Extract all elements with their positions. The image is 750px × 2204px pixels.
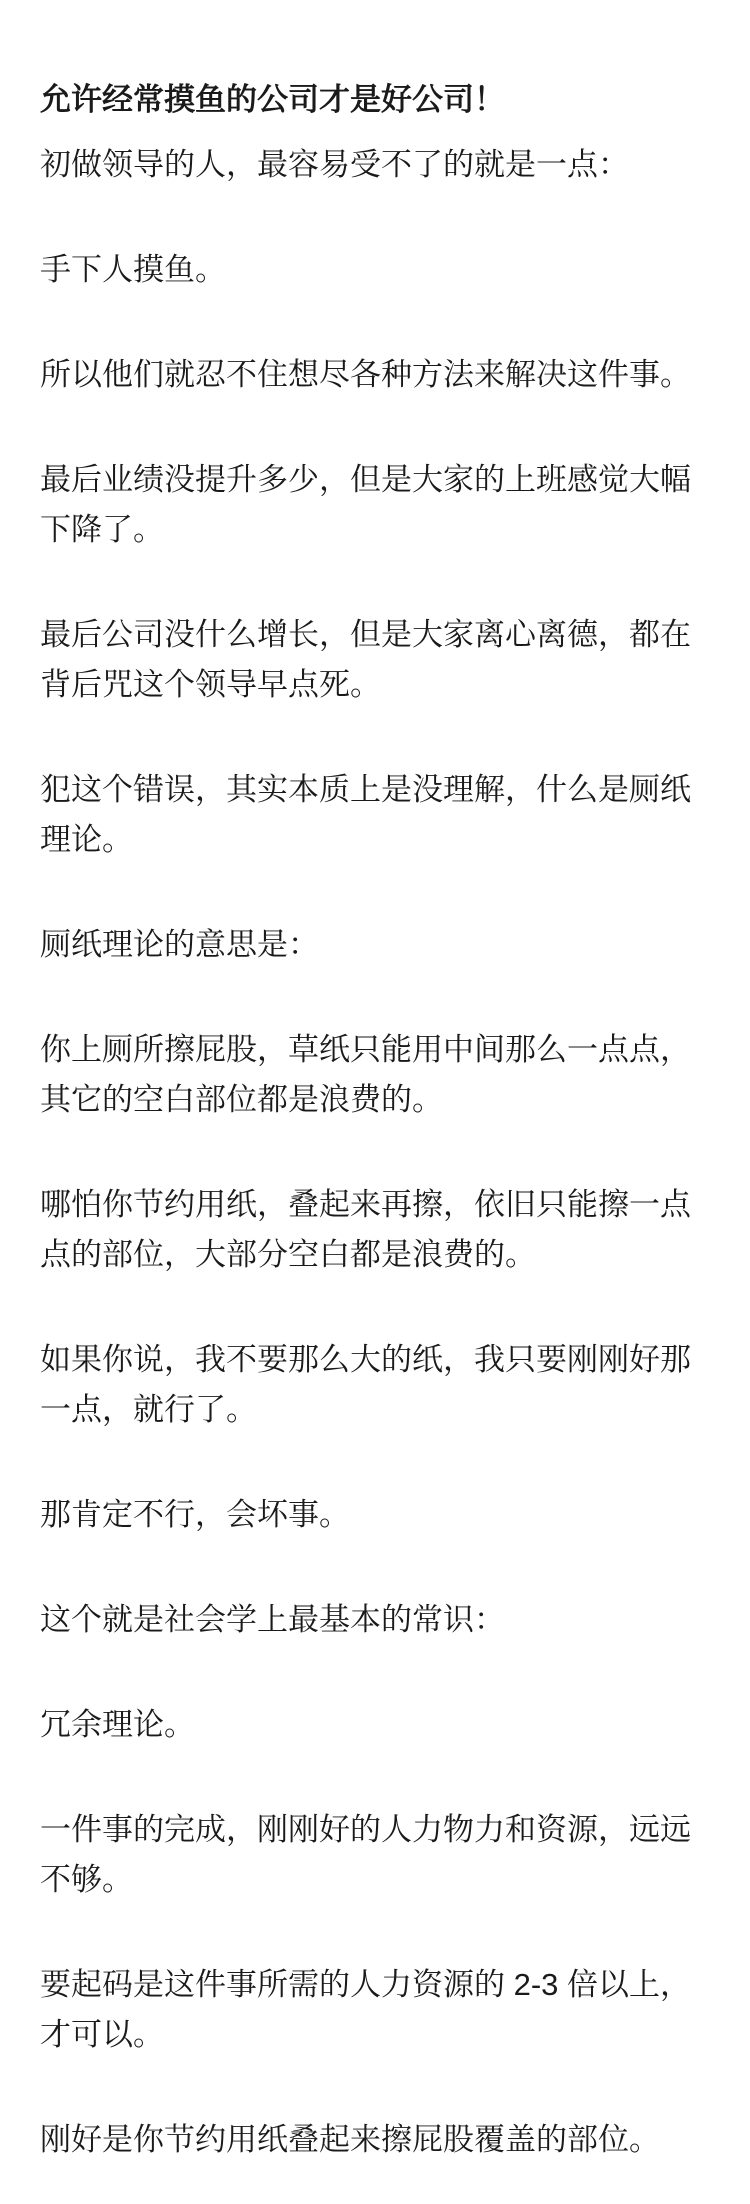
article-title: 允许经常摸鱼的公司才是好公司！ [40,75,710,125]
paragraph-16: 刚好是你节约用纸叠起来擦屁股覆盖的部位。 [40,2115,710,2165]
article: 允许经常摸鱼的公司才是好公司！ 初做领导的人，最容易受不了的就是一点： 手下人摸… [0,0,750,2204]
paragraph-12: 这个就是社会学上最基本的常识： [40,1595,710,1645]
paragraph-15: 要起码是这件事所需的人力资源的 2-3 倍以上，才可以。 [40,1960,710,2060]
paragraph-7: 厕纸理论的意思是： [40,920,710,970]
paragraph-9: 哪怕你节约用纸，叠起来再擦，依旧只能擦一点点的部位，大部分空白都是浪费的。 [40,1180,710,1280]
paragraph-3: 所以他们就忍不住想尽各种方法来解决这件事。 [40,350,710,400]
paragraph-4: 最后业绩没提升多少，但是大家的上班感觉大幅下降了。 [40,455,710,555]
paragraph-8: 你上厕所擦屁股，草纸只能用中间那么一点点，其它的空白部位都是浪费的。 [40,1025,710,1125]
paragraph-6: 犯这个错误，其实本质上是没理解，什么是厕纸理论。 [40,765,710,865]
paragraph-11: 那肯定不行，会坏事。 [40,1490,710,1540]
paragraph-13: 冗余理论。 [40,1700,710,1750]
paragraph-10: 如果你说，我不要那么大的纸，我只要刚刚好那一点，就行了。 [40,1335,710,1435]
paragraph-14: 一件事的完成，刚刚好的人力物力和资源，远远不够。 [40,1805,710,1905]
paragraph-2: 手下人摸鱼。 [40,245,710,295]
paragraph-1: 初做领导的人，最容易受不了的就是一点： [40,140,710,190]
paragraph-5: 最后公司没什么增长，但是大家离心离德，都在背后咒这个领导早点死。 [40,610,710,710]
